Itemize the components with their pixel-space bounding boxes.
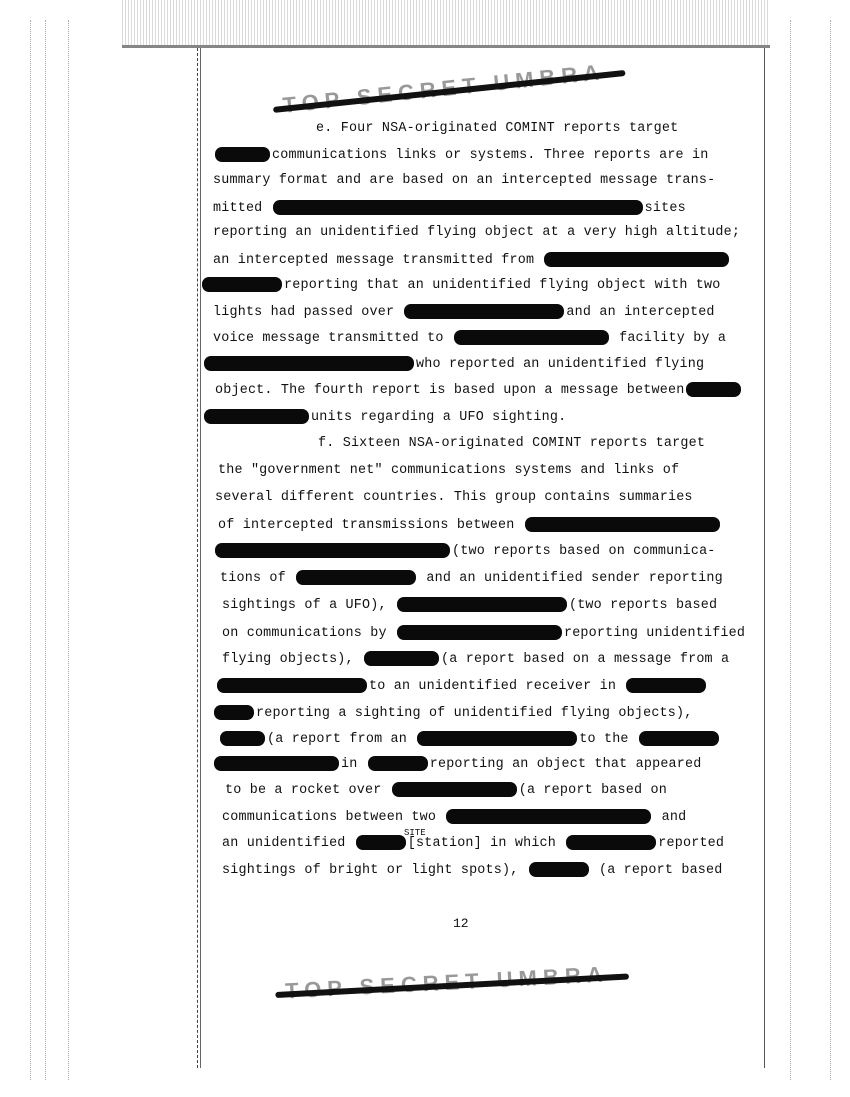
redaction-block — [214, 705, 254, 720]
page-number: 12 — [453, 916, 469, 931]
scan-margin-artifact — [68, 20, 70, 1080]
text-segment: voice message transmitted to — [213, 331, 452, 346]
redaction-block — [544, 252, 729, 267]
text-line: the "government net" communications syst… — [218, 463, 679, 479]
text-line: lights had passed over and an intercepte… — [213, 304, 715, 321]
text-segment: reporting a sighting of unidentified fly… — [256, 706, 693, 721]
handwritten-annotation: SITE — [404, 828, 426, 838]
redaction-block — [204, 409, 309, 424]
redaction-block — [392, 782, 517, 797]
text-line: units regarding a UFO sighting. — [202, 409, 566, 426]
text-segment: on communications by — [222, 626, 395, 641]
text-line: several different countries. This group … — [215, 490, 693, 506]
scan-margin-artifact — [30, 20, 32, 1080]
text-segment: reporting an unidentified flying object … — [213, 225, 740, 240]
redaction-block — [368, 756, 428, 771]
page-right-edge — [764, 48, 765, 1068]
text-segment: communications between two — [222, 810, 444, 825]
text-line: reporting an unidentified flying object … — [213, 225, 740, 241]
text-segment: in — [341, 757, 366, 772]
text-segment: flying objects), — [222, 652, 362, 667]
redaction-block — [214, 756, 339, 771]
text-segment: summary format and are based on an inter… — [213, 173, 715, 188]
text-line: (two reports based on communica- — [213, 543, 716, 560]
text-segment: (a report based — [591, 863, 723, 878]
redaction-block — [364, 651, 439, 666]
classification-stamp-top: TOP SECRET UMBRA — [282, 59, 607, 119]
redaction-block — [397, 625, 562, 640]
redaction-block — [417, 731, 577, 746]
text-line: reporting a sighting of unidentified fly… — [212, 705, 693, 722]
text-segment: (two reports based — [569, 598, 717, 613]
redaction-block — [202, 277, 282, 292]
text-line: on communications by reporting unidentif… — [222, 625, 745, 642]
text-line: an unidentified [station] in which repor… — [222, 835, 724, 852]
text-segment: (a report from an — [267, 732, 415, 747]
text-line: in reporting an object that appeared — [212, 756, 702, 773]
text-segment: an unidentified — [222, 836, 354, 851]
redaction-block — [525, 517, 720, 532]
text-segment: reporting an object that appeared — [430, 757, 702, 772]
text-line: voice message transmitted to facility by… — [213, 330, 726, 347]
text-segment: (two reports based on communica- — [452, 544, 716, 559]
text-segment: and — [653, 810, 686, 825]
text-segment: sites — [645, 201, 686, 216]
text-segment: sightings of bright or light spots), — [222, 863, 527, 878]
text-line: who reported an unidentified flying — [202, 356, 704, 373]
text-segment: reporting that an unidentified flying ob… — [284, 278, 721, 293]
text-segment: (a report based on — [519, 783, 667, 798]
text-line: an intercepted message transmitted from — [213, 252, 731, 269]
text-segment: f. Sixteen NSA-originated COMINT reports… — [318, 436, 705, 451]
text-segment: [station] in which — [408, 836, 564, 851]
text-segment: units regarding a UFO sighting. — [311, 410, 566, 425]
scan-margin-artifact — [45, 20, 47, 1080]
text-segment: to the — [579, 732, 637, 747]
text-line: tions of and an unidentified sender repo… — [220, 570, 723, 587]
text-line: f. Sixteen NSA-originated COMINT reports… — [318, 436, 705, 452]
text-line: communications between two and — [222, 809, 686, 826]
text-line: object. The fourth report is based upon … — [215, 382, 743, 399]
text-line: (a report from an to the — [218, 731, 721, 748]
text-segment: communications links or systems. Three r… — [272, 148, 709, 163]
text-line: sightings of a UFO), (two reports based — [222, 597, 717, 614]
scan-noise-header — [122, 0, 770, 48]
redaction-block — [566, 835, 656, 850]
text-line: to an unidentified receiver in — [215, 678, 708, 695]
redaction-block — [397, 597, 567, 612]
text-segment: and an intercepted — [566, 305, 714, 320]
text-line: to be a rocket over (a report based on — [225, 782, 667, 799]
text-line: mitted sites — [213, 200, 686, 217]
text-segment: reported — [658, 836, 724, 851]
text-line: flying objects), (a report based on a me… — [222, 651, 729, 668]
text-segment: (a report based on a message from a — [441, 652, 729, 667]
text-segment: and an unidentified sender reporting — [418, 571, 723, 586]
redaction-block — [217, 678, 367, 693]
text-segment: the "government net" communications syst… — [218, 463, 679, 478]
text-segment: lights had passed over — [213, 305, 402, 320]
text-line: reporting that an unidentified flying ob… — [200, 277, 721, 294]
redaction-block — [273, 200, 643, 215]
text-line: of intercepted transmissions between — [218, 517, 722, 534]
text-segment: sightings of a UFO), — [222, 598, 395, 613]
text-segment: e. Four NSA-originated COMINT reports ta… — [316, 121, 678, 136]
text-segment: reporting unidentified — [564, 626, 745, 641]
redaction-block — [529, 862, 589, 877]
text-segment: several different countries. This group … — [215, 490, 693, 505]
text-segment: mitted — [213, 201, 271, 216]
text-line: e. Four NSA-originated COMINT reports ta… — [316, 121, 678, 137]
text-segment: of intercepted transmissions between — [218, 518, 523, 533]
text-line: communications links or systems. Three r… — [213, 147, 709, 164]
text-segment: object. The fourth report is based upon … — [215, 383, 684, 398]
redaction-block — [454, 330, 609, 345]
redaction-block — [626, 678, 706, 693]
scan-margin-artifact — [790, 20, 792, 1080]
redaction-block — [639, 731, 719, 746]
redaction-block — [356, 835, 406, 850]
redaction-block — [686, 382, 741, 397]
redaction-block — [446, 809, 651, 824]
text-line: summary format and are based on an inter… — [213, 173, 715, 189]
text-segment: tions of — [220, 571, 294, 586]
redaction-block — [404, 304, 564, 319]
text-segment: to an unidentified receiver in — [369, 679, 624, 694]
text-segment: facility by a — [611, 331, 726, 346]
redaction-block — [220, 731, 265, 746]
scan-margin-artifact — [830, 20, 832, 1080]
page-left-edge — [197, 48, 201, 1068]
redaction-block — [204, 356, 414, 371]
redaction-block — [215, 543, 450, 558]
text-line: sightings of bright or light spots), (a … — [222, 862, 723, 879]
classification-stamp-bottom: TOP SECRET UMBRA — [285, 962, 610, 1005]
text-segment: an intercepted message transmitted from — [213, 253, 542, 268]
redaction-block — [296, 570, 416, 585]
text-segment: to be a rocket over — [225, 783, 390, 798]
text-segment: who reported an unidentified flying — [416, 357, 704, 372]
redaction-block — [215, 147, 270, 162]
